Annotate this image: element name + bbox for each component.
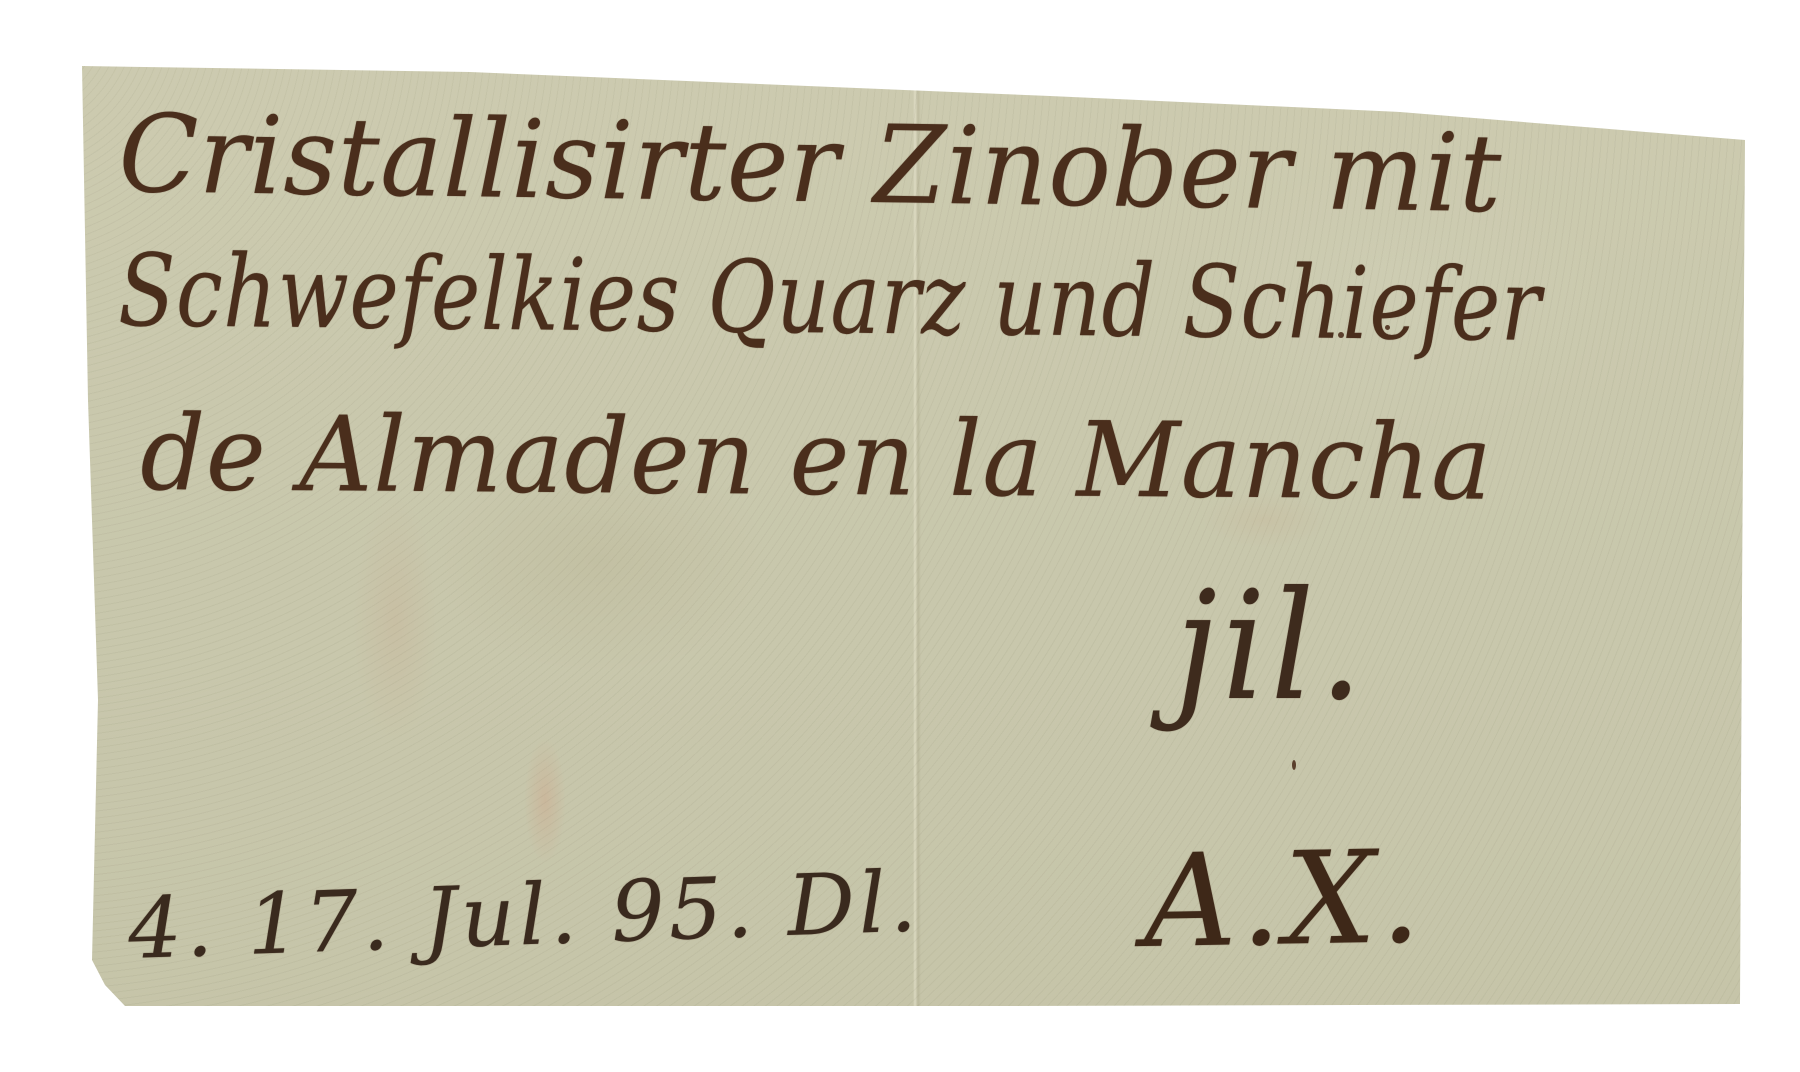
document-scan: Cristallisirter Zinober mit Schwefelkies… bbox=[0, 0, 1800, 1072]
catalog-mark: jil. bbox=[1175, 560, 1368, 734]
ink-dot bbox=[1385, 325, 1390, 330]
signature: A.X. bbox=[1142, 823, 1425, 977]
label-line-1: Cristallisirter Zinober mit bbox=[118, 92, 1503, 237]
ink-dot bbox=[1292, 760, 1296, 770]
label-line-2: Schwefelkies Quarz und Schiefer bbox=[118, 232, 1542, 364]
label-line-3: de Almaden en la Mancha bbox=[140, 392, 1493, 524]
ink-dot bbox=[1338, 332, 1344, 338]
